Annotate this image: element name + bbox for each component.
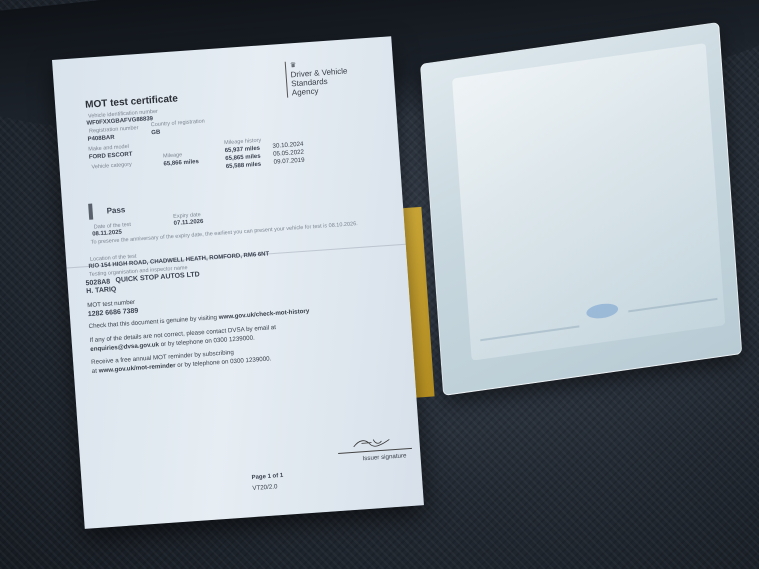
signature-scribble xyxy=(351,435,392,450)
inspector-name: H. TARIQ xyxy=(86,286,117,295)
expiry-date: 07.11.2026 xyxy=(174,219,204,227)
anniversary-note: To preserve the anniversary of the expir… xyxy=(91,219,391,247)
mileage-history-miles: 65,588 miles xyxy=(226,162,262,170)
vehicle-category-label: Vehicle category xyxy=(91,162,132,171)
country: GB xyxy=(151,130,160,137)
mileage-history-miles: 65,937 miles xyxy=(225,146,261,154)
test-number: 1282 6686 7389 xyxy=(88,308,139,319)
page-number: Page 1 of 1 xyxy=(251,473,283,481)
reminder-prefix: at xyxy=(92,368,98,375)
mileage-history-label: Mileage history xyxy=(224,138,261,147)
signature-label: Issuer signature xyxy=(362,452,406,462)
certificate-title: MOT test certificate xyxy=(85,93,178,110)
test-date: 08.11.2025 xyxy=(92,230,122,238)
mileage-label: Mileage xyxy=(163,152,183,159)
make-model: FORD ESCORT xyxy=(89,152,133,161)
dvsa-logo: ♛ Driver & Vehicle Standards Agency xyxy=(285,57,349,97)
mileage: 65,866 miles xyxy=(163,159,199,167)
result-marker xyxy=(88,204,93,220)
registration: P408BAR xyxy=(87,135,114,143)
country-label: Country of registration xyxy=(151,119,205,129)
plastic-document-wallet xyxy=(420,22,742,396)
registration-label: Registration number xyxy=(89,125,139,134)
form-code: VT20/2.0 xyxy=(252,483,278,492)
test-result: Pass xyxy=(106,205,125,215)
mot-certificate: MOT test certificate ♛ Driver & Vehicle … xyxy=(52,36,424,529)
mileage-history-miles: 65,865 miles xyxy=(225,154,261,162)
check-mot-link[interactable]: www.gov.uk/check-mot-history xyxy=(218,308,309,321)
mileage-history-date: 09.07.2019 xyxy=(273,157,304,166)
